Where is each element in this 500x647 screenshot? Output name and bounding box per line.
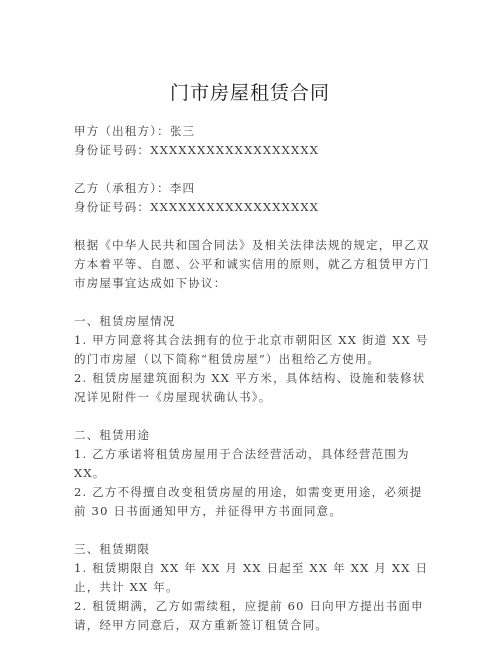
section-2: 二、租赁用途 1. 乙方承诺将租赁房屋用于合法经营活动，具体经营范围为 XX。 …	[74, 426, 434, 521]
clause: 1. 租赁期限自 XX 年 XX 月 XX 日起至 XX 年 XX 月 XX 日…	[74, 559, 434, 597]
spacer	[74, 217, 434, 236]
spacer	[74, 521, 434, 540]
party-a-name: 甲方（出租方）：张三	[74, 122, 434, 141]
section-3: 三、租赁期限 1. 租赁期限自 XX 年 XX 月 XX 日起至 XX 年 XX…	[74, 540, 434, 635]
party-b-id: 身份证号码：XXXXXXXXXXXXXXXXXX	[74, 198, 434, 217]
section-heading: 一、租赁房屋情况	[74, 312, 434, 331]
spacer	[74, 293, 434, 312]
section-heading: 三、租赁期限	[74, 540, 434, 559]
document-page: 门市房屋租赁合同 甲方（出租方）：张三 身份证号码：XXXXXXXXXXXXXX…	[0, 0, 500, 647]
party-b-block: 乙方（承租方）：李四 身份证号码：XXXXXXXXXXXXXXXXXX	[74, 179, 434, 217]
clause: 2. 租赁期满，乙方如需续租，应提前 60 日向甲方提出书面申请，经甲方同意后，…	[74, 597, 434, 635]
section-1: 一、租赁房屋情况 1. 甲方同意将其合法拥有的位于北京市朝阳区 XX 街道 XX…	[74, 312, 434, 407]
clause: 1. 乙方承诺将租赁房屋用于合法经营活动，具体经营范围为 XX。	[74, 445, 434, 483]
preamble-paragraph: 根据《中华人民共和国合同法》及相关法律法规的规定，甲乙双方本着平等、自愿、公平和…	[74, 236, 434, 293]
section-heading: 二、租赁用途	[74, 426, 434, 445]
clause: 2. 租赁房屋建筑面积为 XX 平方米，具体结构、设施和装修状况详见附件一《房屋…	[74, 369, 434, 407]
spacer	[74, 160, 434, 179]
document-body: 甲方（出租方）：张三 身份证号码：XXXXXXXXXXXXXXXXXX 乙方（承…	[74, 122, 434, 635]
party-a-id: 身份证号码：XXXXXXXXXXXXXXXXXX	[74, 141, 434, 160]
clause: 1. 甲方同意将其合法拥有的位于北京市朝阳区 XX 街道 XX 号的门市房屋（以…	[74, 331, 434, 369]
party-b-name: 乙方（承租方）：李四	[74, 179, 434, 198]
clause: 2. 乙方不得擅自改变租赁房屋的用途，如需变更用途，必须提前 30 日书面通知甲…	[74, 483, 434, 521]
document-title: 门市房屋租赁合同	[0, 78, 500, 105]
spacer	[74, 407, 434, 426]
party-a-block: 甲方（出租方）：张三 身份证号码：XXXXXXXXXXXXXXXXXX	[74, 122, 434, 160]
